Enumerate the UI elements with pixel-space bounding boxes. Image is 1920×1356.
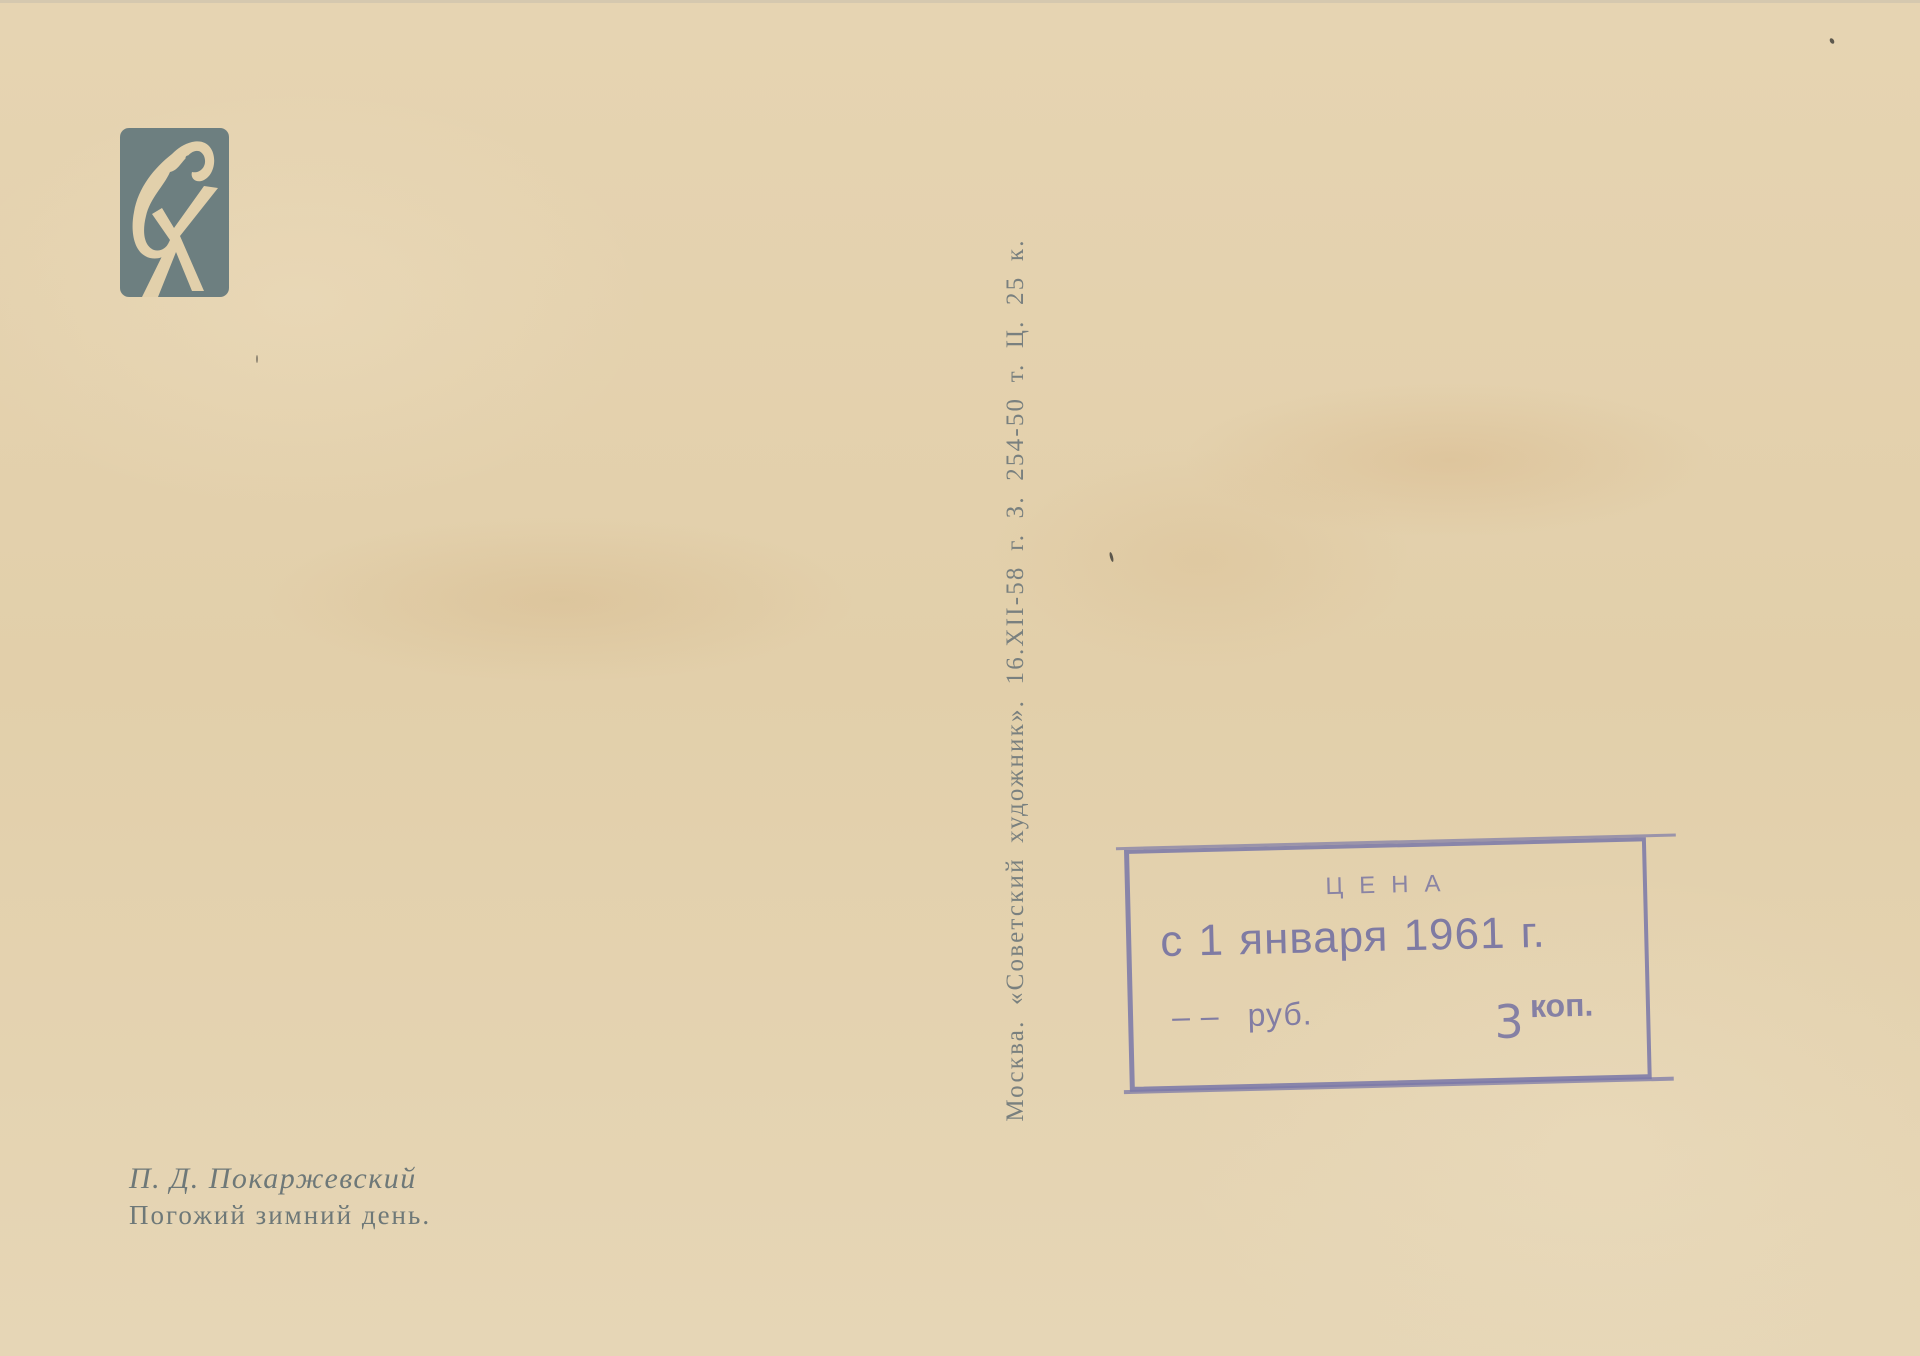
artwork-caption: П. Д. Покаржевский Погожий зимний день. <box>129 1162 431 1232</box>
stamp-date-line: с 1 января 1961 г. <box>1160 908 1547 967</box>
artwork-title: Погожий зимний день. <box>129 1198 431 1232</box>
postcard-back: П. Д. Покаржевский Погожий зимний день. … <box>0 0 1920 1356</box>
artist-name: П. Д. Покаржевский <box>129 1162 431 1196</box>
paper-speck <box>1829 37 1835 44</box>
card-top-edge <box>0 0 1920 3</box>
stamp-kop-label: коп. <box>1529 987 1593 1026</box>
publisher-imprint: Москва. «Советский художник». 16.XII-58 … <box>1001 90 1031 1270</box>
paper-speck <box>1109 552 1114 562</box>
price-stamp: ЦЕНА с 1 января 1961 г. – –руб. 3 коп. <box>1124 837 1652 1092</box>
stamp-rub-dashes: – – <box>1172 998 1220 1036</box>
stamp-rub-label: руб. <box>1247 995 1313 1033</box>
stamp-rub-line: – –руб. <box>1172 995 1313 1035</box>
sovetsky-khudozhnik-logo-icon <box>120 128 229 297</box>
paper-speck <box>256 355 258 363</box>
stamp-kop-value: 3 <box>1494 994 1525 1049</box>
